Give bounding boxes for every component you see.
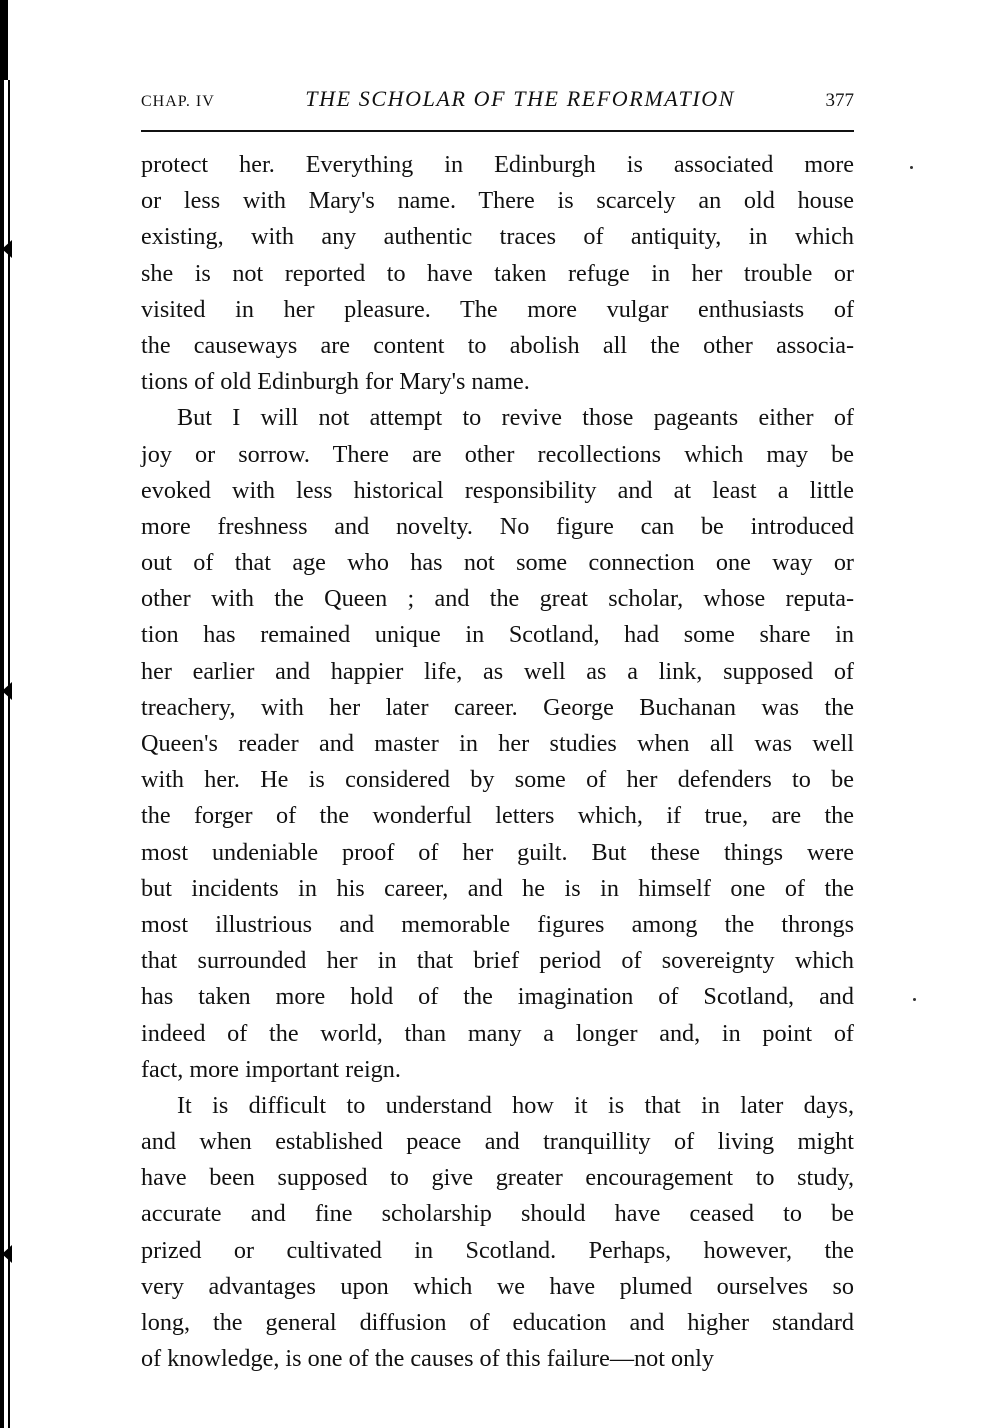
text-line: of knowledge, is one of the causes of th… bbox=[141, 1341, 854, 1377]
text-line: joy or sorrow. There are other recollect… bbox=[141, 437, 854, 473]
text-line: evoked with less historical responsibili… bbox=[141, 473, 854, 509]
text-line: most illustrious and memorable figures a… bbox=[141, 907, 854, 943]
binding-top-shadow bbox=[0, 0, 12, 80]
text-line: but incidents in his career, and he is i… bbox=[141, 871, 854, 907]
text-line: her earlier and happier life, as well as… bbox=[141, 654, 854, 690]
text-line: she is not reported to have taken refuge… bbox=[141, 256, 854, 292]
text-line: prized or cultivated in Scotland. Perhap… bbox=[141, 1233, 854, 1269]
text-line: or less with Mary's name. There is scarc… bbox=[141, 183, 854, 219]
text-line: treachery, with her later career. George… bbox=[141, 690, 854, 726]
scan-speck bbox=[910, 166, 913, 169]
text-line: with her. He is considered by some of he… bbox=[141, 762, 854, 798]
text-line: and when established peace and tranquill… bbox=[141, 1124, 854, 1160]
text-line: tions of old Edinburgh for Mary's name. bbox=[141, 364, 854, 400]
running-title: THE SCHOLAR OF THE REFORMATION bbox=[305, 86, 735, 112]
binding-shadow bbox=[0, 0, 4, 1428]
running-header: CHAP. IV THE SCHOLAR OF THE REFORMATION … bbox=[141, 86, 854, 116]
text-line: the causeways are content to abolish all… bbox=[141, 328, 854, 364]
text-line: fact, more important reign. bbox=[141, 1052, 854, 1088]
text-line: has taken more hold of the imagination o… bbox=[141, 979, 854, 1015]
text-line: the forger of the wonderful letters whic… bbox=[141, 798, 854, 834]
text-line: that surrounded her in that brief period… bbox=[141, 943, 854, 979]
page-number: 377 bbox=[826, 90, 855, 112]
page-body: protect her. Everything in Edinburgh is … bbox=[141, 147, 854, 1377]
text-line: protect her. Everything in Edinburgh is … bbox=[141, 147, 854, 183]
text-line: out of that age who has not some connect… bbox=[141, 545, 854, 581]
binding-inner-line bbox=[8, 80, 10, 1428]
text-line: most undeniable proof of her guilt. But … bbox=[141, 835, 854, 871]
text-line: tion has remained unique in Scotland, ha… bbox=[141, 617, 854, 653]
text-line: more freshness and novelty. No figure ca… bbox=[141, 509, 854, 545]
text-line: visited in her pleasure. The more vulgar… bbox=[141, 292, 854, 328]
text-line: accurate and fine scholarship should hav… bbox=[141, 1196, 854, 1232]
paragraph: protect her. Everything in Edinburgh is … bbox=[141, 147, 854, 400]
chapter-label: CHAP. IV bbox=[141, 93, 215, 111]
text-line: very advantages upon which we have plume… bbox=[141, 1269, 854, 1305]
paragraph: It is difficult to understand how it is … bbox=[141, 1088, 854, 1378]
text-line: It is difficult to understand how it is … bbox=[141, 1088, 854, 1124]
book-binding-edge bbox=[0, 0, 12, 1428]
text-line: have been supposed to give greater encou… bbox=[141, 1160, 854, 1196]
text-line: long, the general diffusion of education… bbox=[141, 1305, 854, 1341]
text-line: Queen's reader and master in her studies… bbox=[141, 726, 854, 762]
text-line: other with the Queen ; and the great sch… bbox=[141, 581, 854, 617]
text-line: But I will not attempt to revive those p… bbox=[141, 400, 854, 436]
text-line: existing, with any authentic traces of a… bbox=[141, 219, 854, 255]
scan-speck bbox=[913, 998, 916, 1001]
paragraph: But I will not attempt to revive those p… bbox=[141, 400, 854, 1088]
text-line: indeed of the world, than many a longer … bbox=[141, 1016, 854, 1052]
header-rule bbox=[141, 130, 854, 132]
